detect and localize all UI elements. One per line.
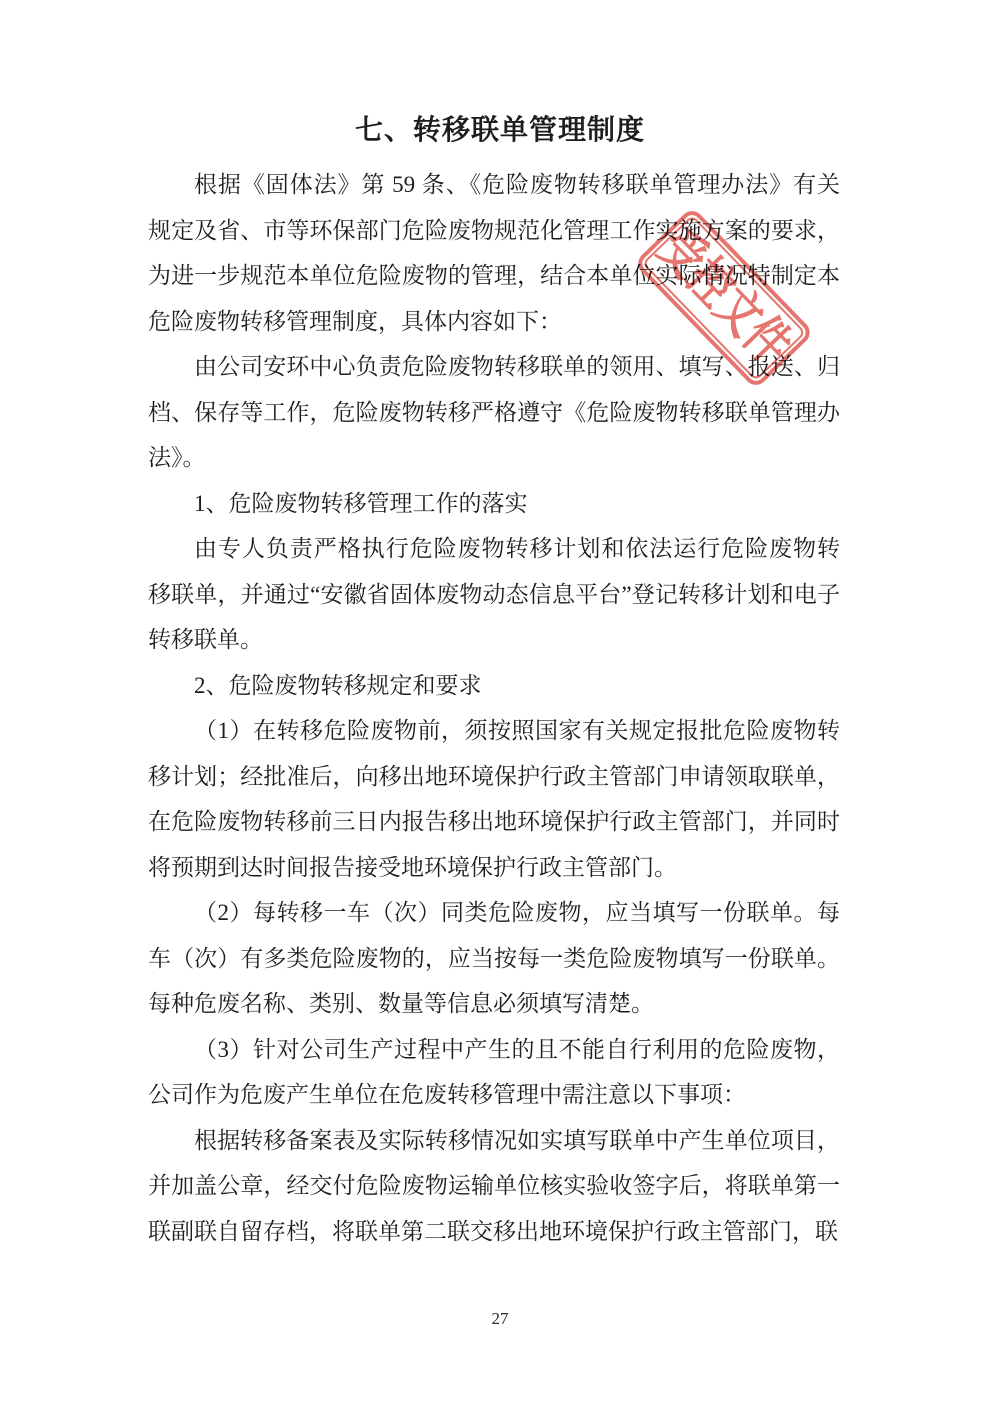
text-line: 移计划；经批准后，向移出地环境保护行政主管部门申请领取联单， — [148, 754, 840, 800]
text-line: 车（次）有多类危险废物的，应当按每一类危险废物填写一份联单。 — [148, 936, 840, 982]
text-line: 规定及省、市等环保部门危险废物规范化管理工作实施方案的要求， — [148, 208, 840, 254]
text-line: 根据转移备案表及实际转移情况如实填写联单中产生单位项目， — [148, 1118, 840, 1164]
text-line: 公司作为危废产生单位在危废转移管理中需注意以下事项： — [148, 1072, 840, 1118]
paragraph: 根据转移备案表及实际转移情况如实填写联单中产生单位项目，并加盖公章，经交付危险废… — [148, 1118, 840, 1255]
text-line: （2）每转移一车（次）同类危险废物，应当填写一份联单。每 — [148, 890, 840, 936]
text-line: 2、危险废物转移规定和要求 — [148, 663, 840, 709]
text-line: 根据《固体法》第 59 条、《危险废物转移联单管理办法》有关 — [148, 162, 840, 208]
text-line: 并加盖公章，经交付危险废物运输单位核实验收签字后，将联单第一 — [148, 1163, 840, 1209]
paragraph: （3）针对公司生产过程中产生的且不能自行利用的危险废物，公司作为危废产生单位在危… — [148, 1027, 840, 1118]
paragraph: 2、危险废物转移规定和要求 — [148, 663, 840, 709]
document-page: 七、转移联单管理制度 根据《固体法》第 59 条、《危险废物转移联单管理办法》有… — [0, 0, 1000, 1413]
text-line: 转移联单。 — [148, 617, 840, 663]
text-line: 档、保存等工作，危险废物转移严格遵守《危险废物转移联单管理办 — [148, 390, 840, 436]
text-line: 在危险废物转移前三日内报告移出地环境保护行政主管部门，并同时 — [148, 799, 840, 845]
text-line: （3）针对公司生产过程中产生的且不能自行利用的危险废物， — [148, 1027, 840, 1073]
text-line: 1、危险废物转移管理工作的落实 — [148, 481, 840, 527]
text-line: 法》。 — [148, 435, 840, 481]
paragraph: 1、危险废物转移管理工作的落实 — [148, 481, 840, 527]
text-line: 每种危废名称、类别、数量等信息必须填写清楚。 — [148, 981, 840, 1027]
text-line: 将预期到达时间报告接受地环境保护行政主管部门。 — [148, 845, 840, 891]
text-line: 由专人负责严格执行危险废物转移计划和依法运行危险废物转 — [148, 526, 840, 572]
page-title: 七、转移联单管理制度 — [0, 112, 1000, 150]
paragraph: （1）在转移危险废物前，须按照国家有关规定报批危险废物转移计划；经批准后，向移出… — [148, 708, 840, 890]
paragraph: （2）每转移一车（次）同类危险废物，应当填写一份联单。每车（次）有多类危险废物的… — [148, 890, 840, 1027]
text-line: 移联单，并通过“安徽省固体废物动态信息平台”登记转移计划和电子 — [148, 572, 840, 618]
text-line: 联副联自留存档，将联单第二联交移出地环境保护行政主管部门，联 — [148, 1209, 840, 1255]
paragraph: 由专人负责严格执行危险废物转移计划和依法运行危险废物转移联单，并通过“安徽省固体… — [148, 526, 840, 663]
page-number: 27 — [0, 1307, 1000, 1331]
text-line: （1）在转移危险废物前，须按照国家有关规定报批危险废物转 — [148, 708, 840, 754]
